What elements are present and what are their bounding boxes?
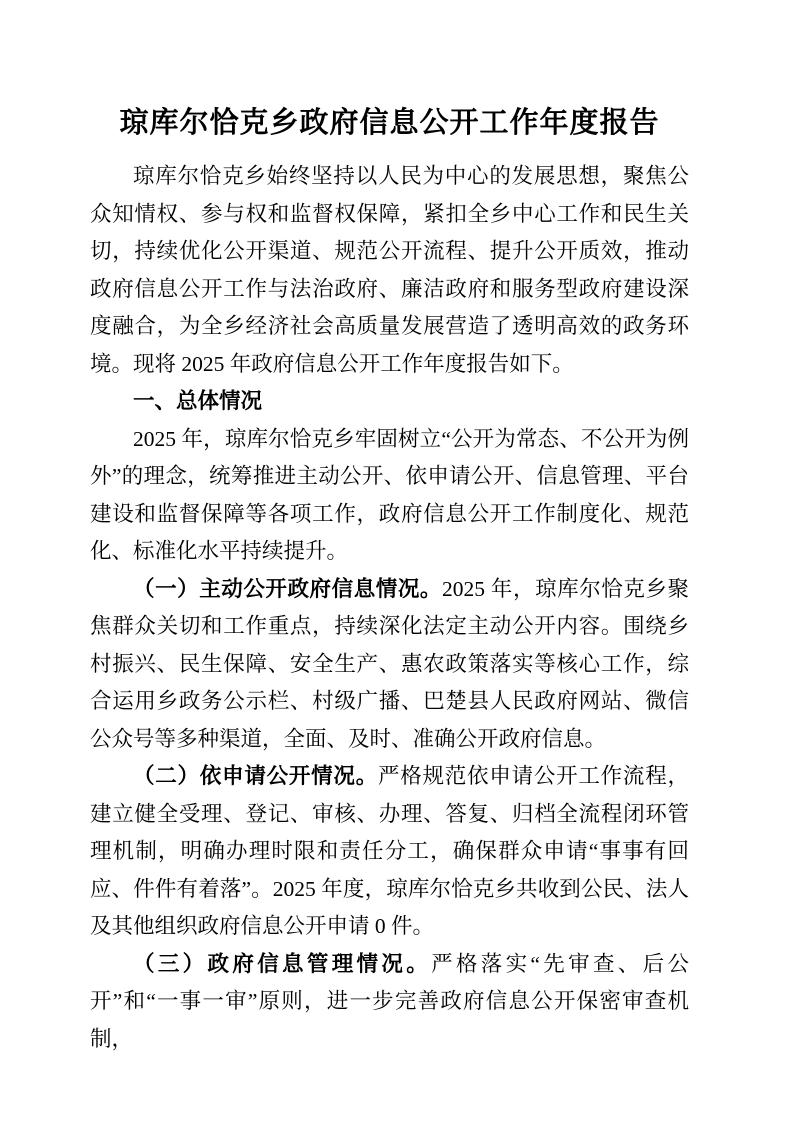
paragraph-disclosure-upon-request: （二）依申请公开情况。严格规范依申请公开工作流程，建立健全受理、登记、审核、办理…	[90, 758, 689, 946]
document-page: 琼库尔恰克乡政府信息公开工作年度报告 琼库尔恰克乡始终坚持以人民为中心的发展思想…	[0, 0, 793, 1122]
section-heading-overall-situation: 一、总体情况	[90, 383, 689, 421]
overview-paragraph: 2025 年，琼库尔恰克乡牢固树立“公开为常态、不公开为例外”的理念，统筹推进主…	[90, 421, 689, 571]
paragraph-text-proactive-disclosure: 2025 年，琼库尔恰克乡聚焦群众关切和工作重点，持续深化法定主动公开内容。围绕…	[90, 577, 689, 751]
paragraph-proactive-disclosure: （一）主动公开政府信息情况。2025 年，琼库尔恰克乡聚焦群众关切和工作重点，持…	[90, 571, 689, 759]
paragraph-lead-disclosure-upon-request: （二）依申请公开情况。	[133, 764, 378, 788]
paragraph-lead-proactive-disclosure: （一）主动公开政府信息情况。	[133, 577, 442, 601]
intro-paragraph: 琼库尔恰克乡始终坚持以人民为中心的发展思想，聚焦公众知情权、参与权和监督权保障，…	[90, 158, 689, 383]
paragraph-lead-information-management: （三）政府信息管理情况。	[133, 952, 431, 976]
paragraph-text-disclosure-upon-request: 严格规范依申请公开工作流程，建立健全受理、登记、审核、办理、答复、归档全流程闭环…	[90, 764, 689, 938]
document-title: 琼库尔恰克乡政府信息公开工作年度报告	[90, 100, 689, 146]
paragraph-information-management: （三）政府信息管理情况。严格落实“先审查、后公开”和“一事一审”原则，进一步完善…	[90, 946, 689, 1059]
